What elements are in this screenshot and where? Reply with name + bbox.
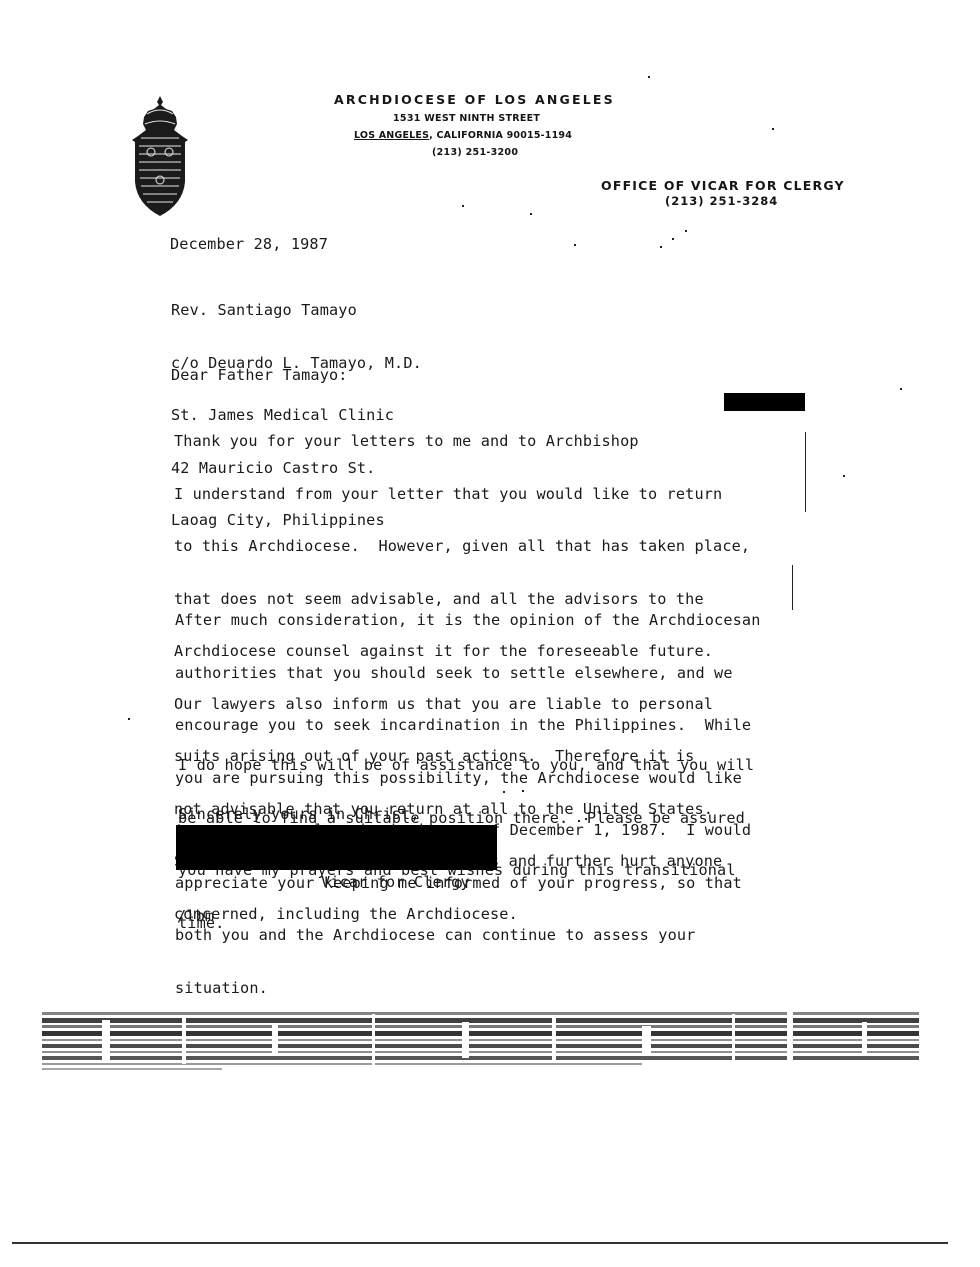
scan-speck bbox=[648, 76, 650, 78]
office-phone: (213) 251-3284 bbox=[665, 194, 778, 208]
scan-noise-footer bbox=[42, 1010, 919, 1072]
page-bottom-rule bbox=[12, 1242, 948, 1244]
text-line: I do hope this will be of assistance to … bbox=[178, 757, 754, 774]
scan-speck bbox=[503, 791, 505, 793]
scan-artifact-line bbox=[792, 565, 793, 610]
scan-speck bbox=[574, 244, 576, 246]
scan-speck bbox=[660, 246, 662, 248]
text-line: I understand from your letter that you w… bbox=[174, 486, 750, 503]
text-line: time. bbox=[178, 915, 754, 932]
city-name: LOS ANGELES bbox=[354, 130, 429, 141]
organization-phone: (213) 251-3200 bbox=[432, 147, 518, 158]
scan-speck bbox=[462, 205, 464, 207]
text-line: Thank you for your letters to me and to … bbox=[174, 433, 750, 450]
scan-speck bbox=[772, 128, 774, 130]
signer-title: Vicar for Clergy bbox=[321, 873, 470, 891]
scan-speck bbox=[585, 818, 587, 820]
archdiocese-crest-icon bbox=[131, 94, 189, 218]
text-line: After much consideration, it is the opin… bbox=[175, 612, 761, 629]
office-name: OFFICE OF VICAR FOR CLERGY bbox=[601, 178, 845, 193]
scan-speck bbox=[522, 790, 524, 792]
text-line: situation. bbox=[175, 980, 761, 997]
scan-speck bbox=[578, 820, 580, 822]
scan-speck bbox=[843, 475, 845, 477]
letter-date: December 28, 1987 bbox=[170, 235, 328, 253]
typist-initials: /lbm bbox=[177, 907, 214, 925]
redaction-signature bbox=[176, 825, 497, 870]
text-line: authorities that you should seek to sett… bbox=[175, 665, 761, 682]
redaction-archbishop-name bbox=[724, 393, 805, 411]
state-zip: , CALIFORNIA 90015-1194 bbox=[429, 130, 572, 141]
closing: Sincerely yours in Christ, bbox=[178, 805, 420, 823]
scan-speck bbox=[672, 238, 674, 240]
salutation: Dear Father Tamayo: bbox=[171, 366, 348, 384]
scan-speck bbox=[530, 213, 532, 215]
organization-street: 1531 WEST NINTH STREET bbox=[393, 113, 540, 124]
scan-speck bbox=[900, 388, 902, 390]
text-line: to this Archdiocese. However, given all … bbox=[174, 538, 750, 555]
address-line: Rev. Santiago Tamayo bbox=[171, 302, 422, 319]
scan-speck bbox=[128, 718, 130, 720]
scan-speck bbox=[685, 230, 687, 232]
scan-artifact-line bbox=[805, 432, 806, 512]
organization-city: LOS ANGELES, CALIFORNIA 90015-1194 bbox=[354, 130, 572, 141]
organization-name: ARCHDIOCESE OF LOS ANGELES bbox=[334, 92, 615, 107]
